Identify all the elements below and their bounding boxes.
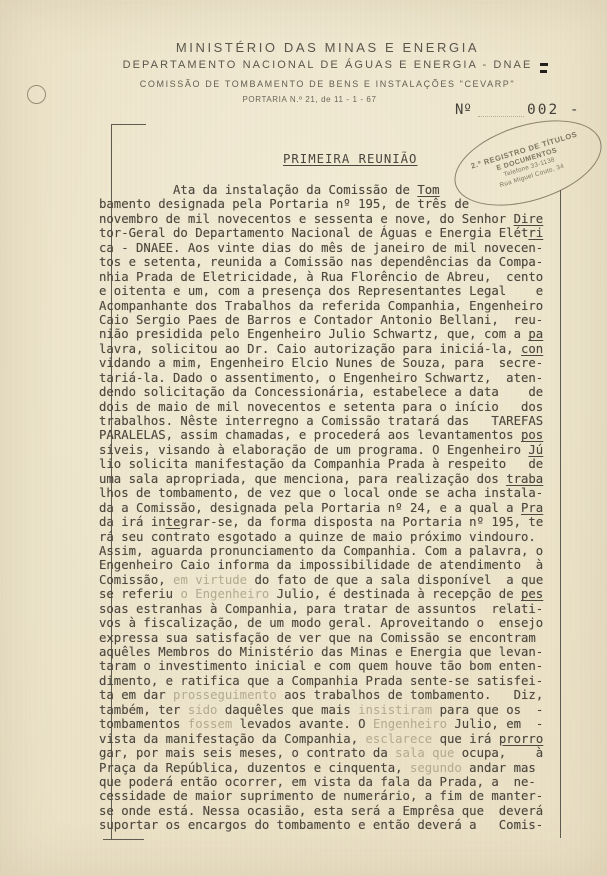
- decorated-text: pa: [528, 327, 543, 341]
- decorated-text: Dire: [514, 212, 544, 226]
- commission-title: COMISSÃO DE TOMBAMENTO DE BENS E INSTALA…: [65, 79, 590, 89]
- body-line: soas estranhas à Companhia, para tratar …: [99, 602, 559, 616]
- page-number-label: Nº: [455, 102, 472, 118]
- edge-mark: [540, 70, 547, 73]
- decorated-text: con: [521, 342, 543, 356]
- body-line: expressa sua satisfação de ver que na Co…: [99, 631, 559, 645]
- body-line: Assim, aguarda pronunciamento da Companh…: [99, 544, 559, 558]
- decorated-text: te: [166, 515, 181, 529]
- body-line: vos à fiscalização, de um modo geral. Ap…: [99, 616, 559, 630]
- left-margin-top-line: [111, 124, 146, 125]
- body-line: dimento, e ratifica que a Companhia Prad…: [99, 674, 559, 688]
- body-line: Ata da instalação da Comissão de Tom: [99, 183, 559, 197]
- body-line: taram o investimento inicial e com quem …: [99, 659, 559, 673]
- body-line: tariá-la. Dado o assentimento, o Engenhe…: [99, 371, 559, 385]
- decorated-text: Tom: [417, 183, 439, 197]
- decorated-text: sala que: [395, 746, 454, 760]
- body-line: lhos de tombamento, de vez que o local o…: [99, 486, 559, 500]
- body-line: ca - DNAEE. Aos vinte dias do mês de jan…: [99, 241, 559, 255]
- body-line: PARALELAS, assim chamadas, e procederá a…: [99, 428, 559, 442]
- body-line: novembro de mil novecentos e sessenta e …: [99, 212, 559, 226]
- body-line: tos e setenta, reunida a Comissão nas de…: [99, 255, 559, 269]
- body-line: da irá integrar-se, da forma disposta na…: [99, 515, 559, 529]
- body-line: lio solicita manifestação da Companhia P…: [99, 457, 559, 471]
- body-line: Engenheiro Caio informa da impossibilida…: [99, 558, 559, 572]
- decorated-text: segundo: [410, 761, 462, 775]
- body-line: lavra, solicitou ao Dr. Caio autorização…: [99, 342, 559, 356]
- ministry-title: MINISTÉRIO DAS MINAS E ENERGIA: [65, 40, 590, 55]
- body-line: vista da manifestação da Companhia, escl…: [99, 732, 559, 746]
- decorated-text: Engenheiro: [373, 717, 447, 731]
- decorated-text: prorro: [499, 732, 543, 746]
- body-line: se onde está. Nessa ocasião, esta será a…: [99, 804, 559, 818]
- body-line: Comissão, em virtude do fato de que a sa…: [99, 573, 559, 587]
- decorated-text: prosseguimento: [173, 688, 277, 702]
- body-line: bamento designada pela Portaria nº 195, …: [99, 197, 559, 211]
- decorated-text: esclarece: [366, 732, 433, 746]
- body-line: gar, por mais seis meses, o contrato da …: [99, 746, 559, 760]
- body-line: se referiu o Engenheiro Julio, é destina…: [99, 587, 559, 601]
- decorated-text: em virtude: [173, 573, 247, 587]
- decorated-text: sido: [188, 703, 218, 717]
- body-line: Praça da República, duzentos e cinquenta…: [99, 761, 559, 775]
- decorated-text: Jú: [528, 443, 543, 457]
- left-margin-bottom-line: [103, 839, 144, 840]
- document-title: PRIMEIRA REUNIÃO: [283, 152, 417, 166]
- scanned-document-page: MINISTÉRIO DAS MINAS E ENERGIA DEPARTAME…: [0, 0, 607, 876]
- decorated-text: ri: [528, 226, 543, 240]
- body-text: Ata da instalação da Comissão de Tombame…: [99, 183, 559, 833]
- decorated-text: o Engenheiro: [180, 587, 269, 601]
- decorated-text: pes: [521, 587, 543, 601]
- department-title: DEPARTAMENTO NACIONAL DE ÁGUAS E ENERGIA…: [65, 59, 590, 71]
- body-line: suportar os encargos do tombamento e ent…: [99, 818, 559, 832]
- body-line: trabalhos. Nêste interregno a Comissão t…: [99, 414, 559, 428]
- body-line: Caio Sergio Paes de Barros e Contador An…: [99, 313, 559, 327]
- body-line: vidando a mim, Engenheiro Elcio Nunes de…: [99, 356, 559, 370]
- body-line: uma sala apropriada, que menciona, para …: [99, 472, 559, 486]
- body-line: que poderá então ocorrer, em vista da fa…: [99, 775, 559, 789]
- body-line: da a Comissão, designada pela Portaria n…: [99, 501, 559, 515]
- body-line: Acompanhante dos Trabalhos da referida C…: [99, 299, 559, 313]
- decorated-text: fossem: [188, 717, 232, 731]
- decorated-text: pos: [521, 428, 543, 442]
- edge-mark: [540, 63, 548, 66]
- page-number-value: 002 -: [527, 102, 581, 118]
- body-line: e oitenta e um, com a presença dos Repre…: [99, 284, 559, 298]
- decorated-text: traba: [506, 472, 543, 486]
- body-line: dois de maio de mil novecentos e setenta…: [99, 400, 559, 414]
- dotted-leader: [478, 116, 524, 117]
- body-line: cessidade de maior suprimento de numerár…: [99, 789, 559, 803]
- body-line: dendo solicitação da Concessionária, est…: [99, 385, 559, 399]
- punch-hole: [27, 85, 46, 104]
- body-line: rá seu contrato esgotado a quinze de mai…: [99, 530, 559, 544]
- decorated-text: Pra: [521, 501, 543, 515]
- body-line: nhia Prada de Eletricidade, à Rua Florên…: [99, 270, 559, 284]
- page-number-row: Nº 002 -: [0, 102, 607, 122]
- right-margin-line: [560, 190, 561, 838]
- body-line: tor-Geral do Departamento Nacional de Ág…: [99, 226, 559, 240]
- decorated-text: insistiram: [358, 703, 432, 717]
- body-line: ta em dar prosseguimento aos trabalhos d…: [99, 688, 559, 702]
- body-line: tombamentos fossem levados avante. O Eng…: [99, 717, 559, 731]
- body-line: aquêles Membros do Ministério das Minas …: [99, 645, 559, 659]
- body-line: nião presidida pelo Engenheiro Julio Sch…: [99, 327, 559, 341]
- body-line: síveis, visando à elaboração de um progr…: [99, 443, 559, 457]
- body-line: também, ter sido daquêles que mais insis…: [99, 703, 559, 717]
